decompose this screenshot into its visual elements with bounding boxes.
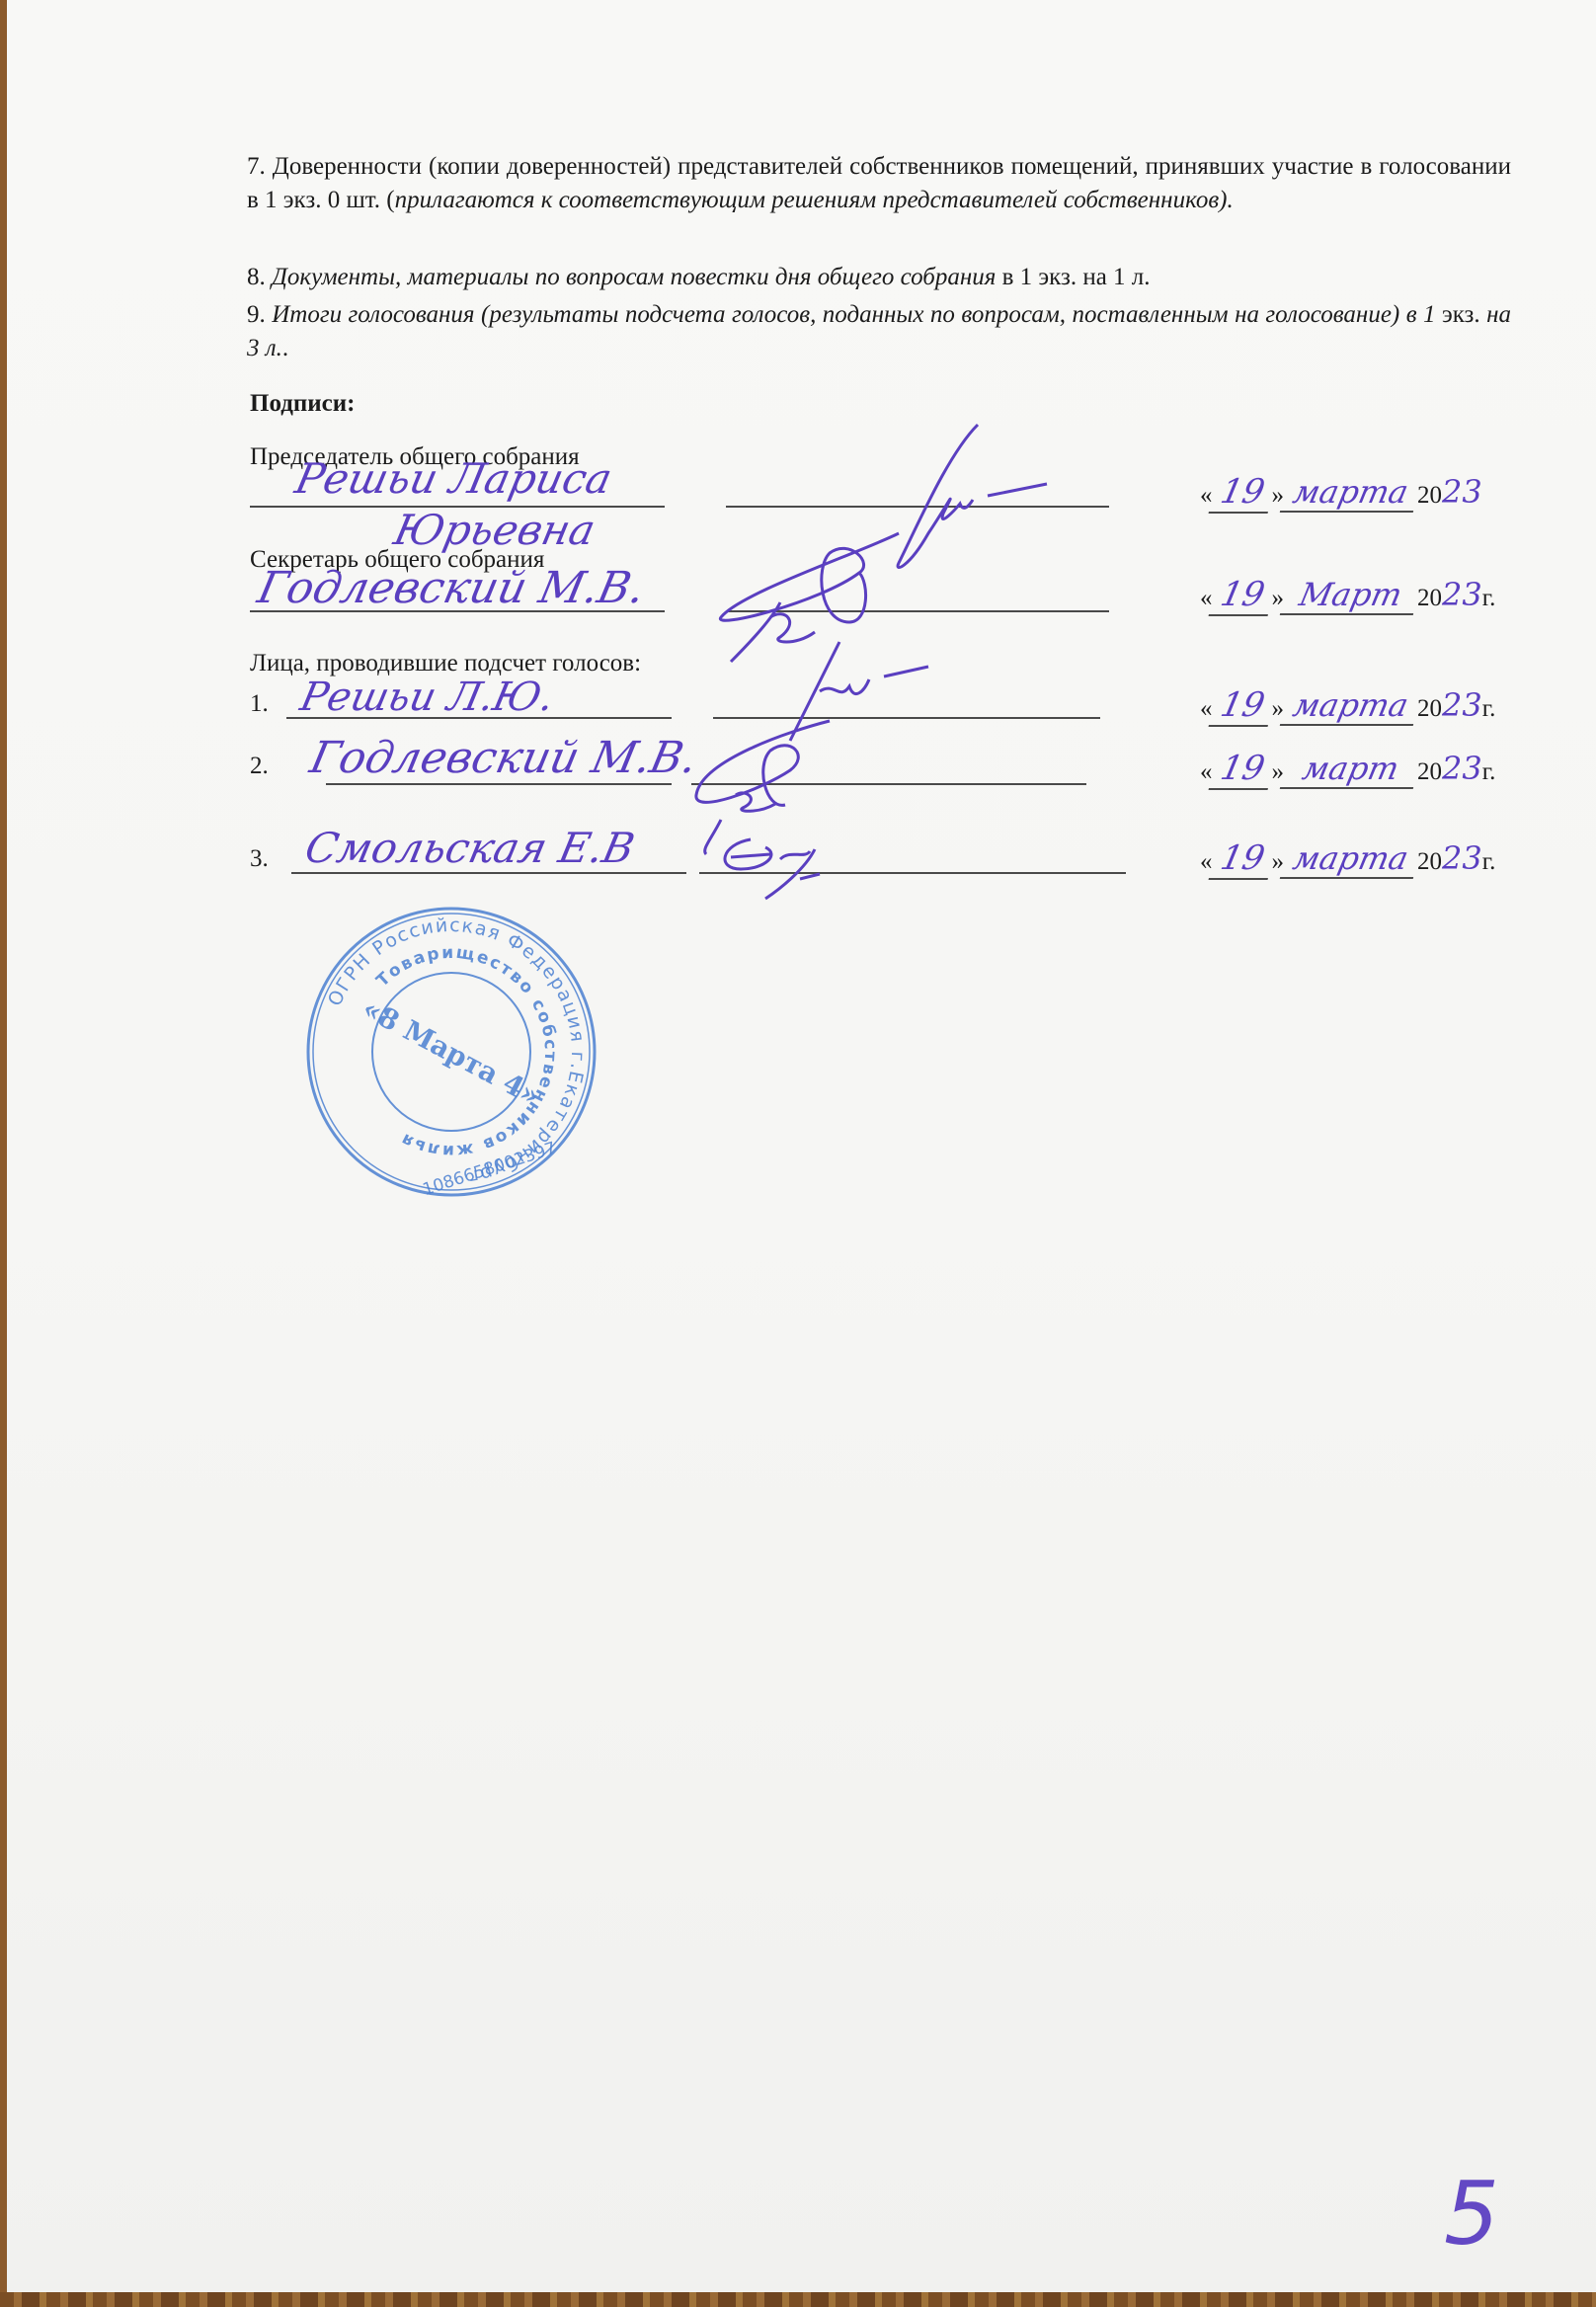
counter-2-name-line bbox=[326, 783, 672, 785]
date-day: 19 bbox=[1208, 685, 1276, 727]
signatures-heading: Подписи: bbox=[250, 390, 356, 418]
date-suffix: г. bbox=[1482, 758, 1496, 785]
counter-3-signature bbox=[711, 830, 869, 909]
item-text-tail: ). bbox=[1219, 187, 1234, 213]
date-suffix: г. bbox=[1482, 695, 1496, 722]
item-7: 7. Доверенности (копии доверенностей) пр… bbox=[247, 150, 1511, 217]
date-day: 19 bbox=[1208, 472, 1276, 514]
item-text-italic: Итоги голосования (результаты подсчета г… bbox=[272, 301, 1435, 328]
chairman-name-handwritten: Решьи Лариса bbox=[291, 454, 616, 503]
item-text-italic: Документы, материалы по вопросам повестк… bbox=[272, 264, 996, 290]
date-year-suffix: 23 bbox=[1442, 576, 1482, 613]
date-year-prefix: 20 bbox=[1417, 482, 1442, 509]
background-wood-bottom bbox=[0, 2292, 1596, 2307]
item-number: 7. bbox=[247, 153, 266, 180]
counter-3-name-handwritten: Смольская Е.В bbox=[301, 824, 639, 872]
counter-1-name-handwritten: Решьи Л.Ю. bbox=[296, 675, 558, 720]
date-year-suffix: 23 bbox=[1442, 750, 1482, 787]
secretary-date: «19»Март2023г. bbox=[1200, 575, 1495, 616]
chairman-date: «19»марта2023 bbox=[1200, 472, 1482, 514]
date-suffix: г. bbox=[1482, 585, 1496, 611]
date-year-prefix: 20 bbox=[1417, 695, 1442, 722]
counter-1-date: «19»марта2023г. bbox=[1200, 685, 1495, 727]
item-number: 8. bbox=[247, 264, 266, 290]
date-month: март bbox=[1280, 750, 1422, 789]
counter-3-date: «19»марта2023г. bbox=[1200, 838, 1495, 880]
date-year-prefix: 20 bbox=[1417, 848, 1442, 875]
item-text-tail: . bbox=[282, 335, 288, 361]
secretary-name-handwritten: Годлевский М.В. bbox=[254, 563, 650, 613]
date-day: 19 bbox=[1208, 838, 1276, 880]
counter-3-name-line bbox=[291, 872, 686, 874]
date-month: марта bbox=[1280, 839, 1422, 879]
counter-2-date: «19»март2023г. bbox=[1200, 749, 1495, 790]
item-text-italic: прилагаются к соответствующим решениям п… bbox=[395, 187, 1220, 213]
date-day: 19 bbox=[1208, 575, 1276, 616]
date-year-suffix: 23 bbox=[1442, 473, 1482, 511]
date-month: Март bbox=[1280, 576, 1422, 615]
date-suffix: г. bbox=[1482, 848, 1496, 875]
organization-stamp: ОГРН Российская Федерация г.Екатеринбург… bbox=[303, 904, 599, 1200]
date-month: марта bbox=[1280, 686, 1422, 726]
item-text: в 1 экз. на 1 л. bbox=[996, 264, 1150, 290]
date-month: марта bbox=[1280, 473, 1422, 513]
date-year-prefix: 20 bbox=[1417, 585, 1442, 611]
counter-2-name-handwritten: Годлевский М.В. bbox=[306, 733, 702, 783]
date-year-suffix: 23 bbox=[1442, 839, 1482, 877]
counter-3-number: 3. bbox=[250, 845, 269, 873]
item-text: экз. bbox=[1436, 301, 1487, 328]
date-year-prefix: 20 bbox=[1417, 758, 1442, 785]
background-wood-left bbox=[0, 0, 7, 2307]
page-number-handwritten: 5 bbox=[1444, 2163, 1499, 2265]
date-day: 19 bbox=[1208, 749, 1276, 790]
item-8: 8. Документы, материалы по вопросам пове… bbox=[247, 261, 1511, 294]
item-number: 9. bbox=[247, 301, 266, 328]
item-9: 9. Итоги голосования (результаты подсчет… bbox=[247, 298, 1511, 365]
counters-heading: Лица, проводившие подсчет голосов: bbox=[250, 650, 641, 677]
counter-2-number: 2. bbox=[250, 753, 269, 780]
date-year-suffix: 23 bbox=[1442, 686, 1482, 724]
counter-1-number: 1. bbox=[250, 690, 269, 718]
